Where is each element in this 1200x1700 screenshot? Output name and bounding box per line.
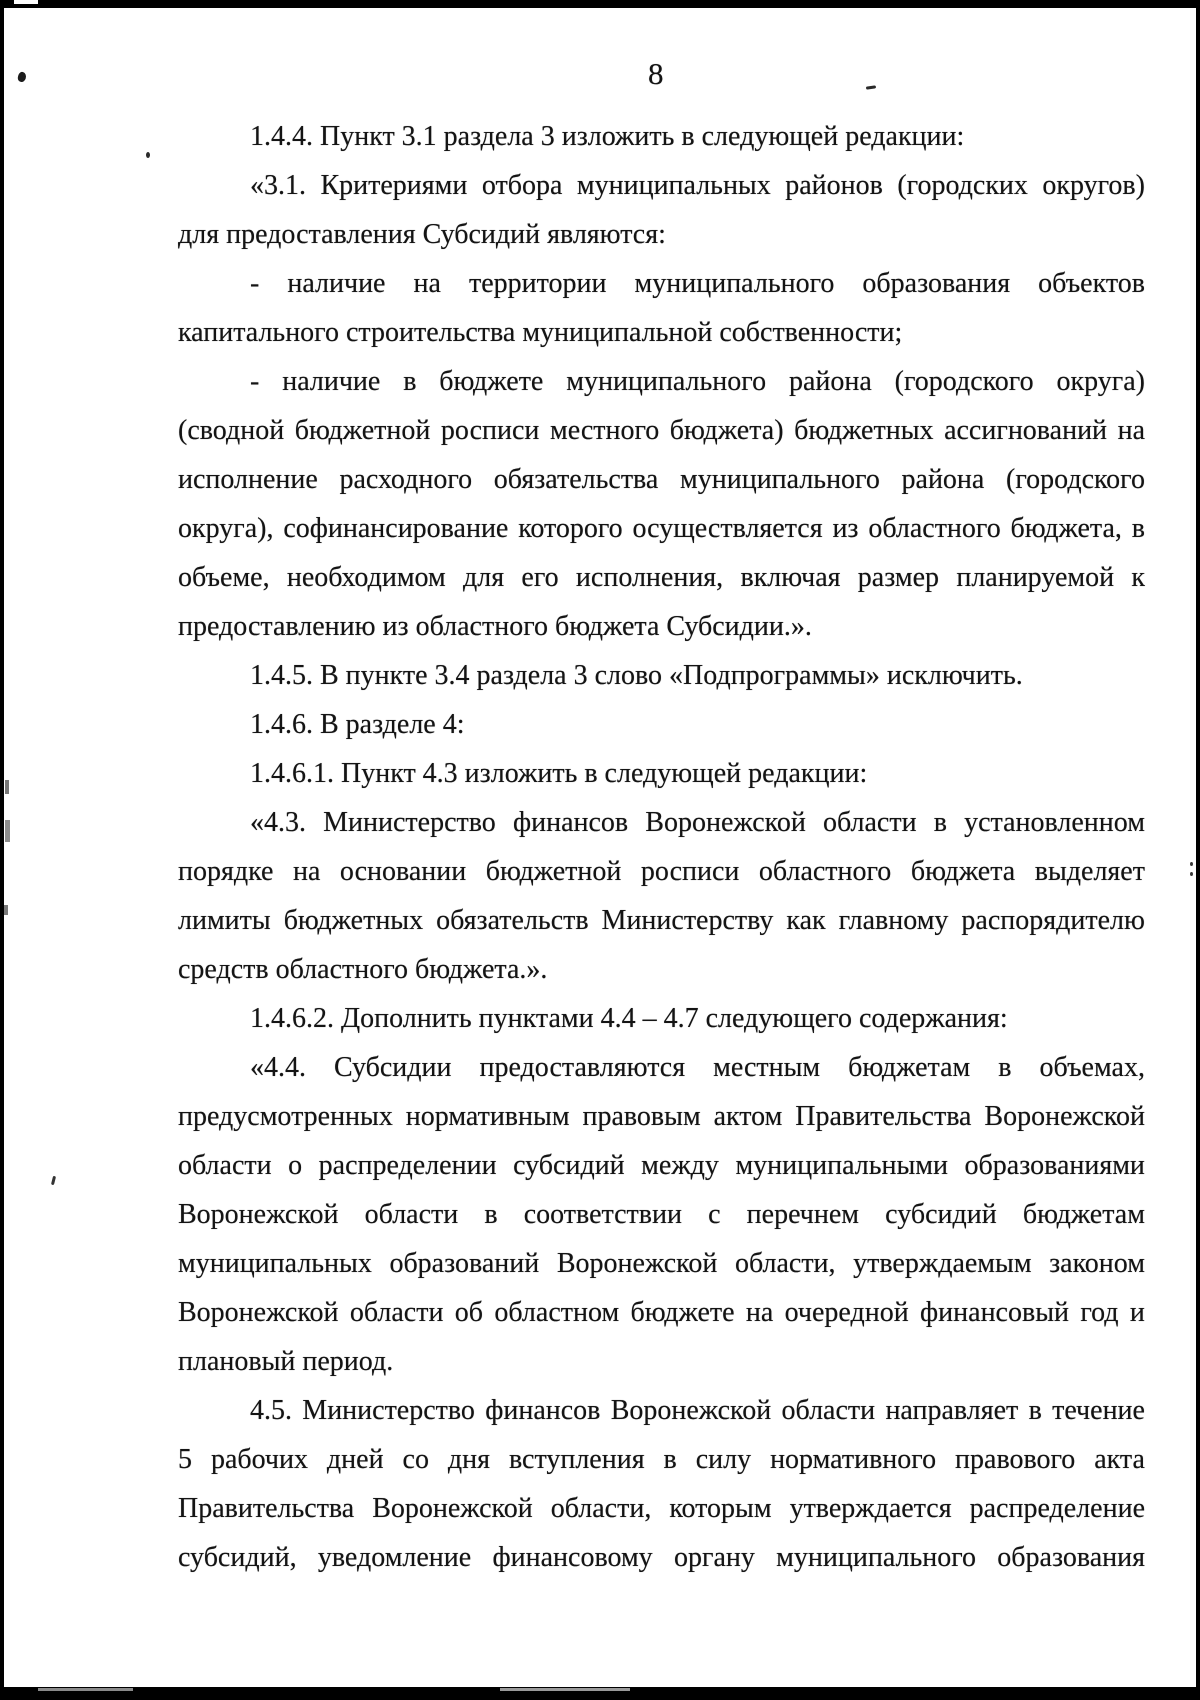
document-line: объеме,необходимомдляегоисполнения,включ… [178, 553, 1145, 602]
document-word: муниципальными [735, 1141, 948, 1190]
document-word: на [1118, 406, 1145, 455]
document-word: из [832, 504, 858, 553]
document-word: бюджетных [284, 896, 423, 945]
document-word: объемах, [1040, 1043, 1145, 1092]
document-word: в [664, 1435, 677, 1484]
document-word: направляет [885, 1386, 1018, 1435]
document-word: которого [518, 504, 622, 553]
document-word: в [934, 798, 947, 847]
document-word: Министерство [323, 798, 496, 847]
document-word: Критериями [320, 161, 467, 210]
document-word: округов) [1042, 161, 1145, 210]
document-line: (своднойбюджетнойросписиместногобюджета)… [178, 406, 1145, 455]
document-line: 1.4.6.2. Дополнить пунктами 4.4 – 4.7 сл… [178, 994, 1145, 1043]
document-word: в [484, 1190, 497, 1239]
document-word: 5 [178, 1435, 192, 1484]
scan-artifact [51, 1176, 56, 1185]
document-word: местного [550, 406, 659, 455]
scan-edge-left [0, 0, 4, 1700]
document-word: утверждаемым [853, 1239, 1031, 1288]
scan-artifact [1190, 872, 1193, 876]
document-word: области, [735, 1239, 836, 1288]
document-word: распределение [970, 1484, 1145, 1533]
document-word: образования [862, 259, 1010, 308]
document-word: объектов [1038, 259, 1145, 308]
document-word: в [1029, 1386, 1042, 1435]
document-line: 1.4.6.1. Пункт 4.3 изложить в следующей … [178, 749, 1145, 798]
document-word: бюджета [911, 847, 1015, 896]
document-word: образования [997, 1533, 1145, 1582]
document-word: об [455, 1288, 483, 1337]
document-word: «4.3. [250, 798, 306, 847]
document-word: как [786, 896, 825, 945]
document-word: течение [1052, 1386, 1145, 1435]
document-word: включая [740, 553, 840, 602]
document-word: установленном [964, 798, 1145, 847]
document-word: Министерство [302, 1386, 475, 1435]
scan-artifact [1190, 862, 1193, 866]
document-word: области [823, 798, 917, 847]
document-word: объеме, [178, 553, 270, 602]
document-word: между [641, 1141, 719, 1190]
document-word: предусмотренных [178, 1092, 393, 1141]
document-word: Воронежской [611, 1386, 772, 1435]
document-line: -наличиенатерриториимуниципальногообразо… [178, 259, 1145, 308]
document-word: законом [1049, 1239, 1145, 1288]
document-word: бюджетам [848, 1043, 970, 1092]
document-word: и [1130, 1288, 1145, 1337]
document-line: средств областного бюджета.». [178, 945, 1145, 994]
document-word: уведомление [318, 1533, 471, 1582]
document-word: обязательства [494, 455, 659, 504]
document-word: Воронежской [372, 1484, 533, 1533]
document-word: размер [858, 553, 939, 602]
document-word: на [414, 259, 441, 308]
document-word: образований [389, 1239, 539, 1288]
document-line: «3.1.Критериямиотборамуниципальныхрайоно… [178, 161, 1145, 210]
document-word: соответствии [524, 1190, 682, 1239]
scan-artifact [866, 85, 876, 89]
document-word: в [403, 357, 416, 406]
document-word: органу [674, 1533, 755, 1582]
document-word: финансовый [920, 1288, 1069, 1337]
document-word: территории [469, 259, 606, 308]
document-line: предоставлению из областного бюджета Суб… [178, 602, 1145, 651]
document-word: в [998, 1043, 1011, 1092]
document-line: «4.4.Субсидиипредоставляютсяместнымбюдже… [178, 1043, 1145, 1092]
document-word: Субсидии [334, 1043, 451, 1092]
document-word: бюджете [439, 357, 543, 406]
document-word: муниципального [680, 455, 880, 504]
document-word: муниципального [566, 357, 766, 406]
document-line: 1.4.6. В разделе 4: [178, 700, 1145, 749]
document-word: для [463, 553, 504, 602]
document-word: бюджетам [1023, 1190, 1145, 1239]
document-word: исполнение [178, 455, 318, 504]
scanned-document-page: 8 1.4.4. Пункт 3.1 раздела 3 изложить в … [0, 0, 1200, 1700]
document-line: порядкенаоснованиибюджетнойросписиобласт… [178, 847, 1145, 896]
document-word: распорядителю [961, 896, 1145, 945]
document-line: Воронежскойобластиобобластномбюджетенаоч… [178, 1288, 1145, 1337]
document-word: на [746, 1288, 773, 1337]
document-word: рабочих [211, 1435, 308, 1484]
document-word: порядке [178, 847, 273, 896]
document-word: дня [448, 1435, 490, 1484]
document-word: дней [327, 1435, 384, 1484]
document-word: расходного [339, 455, 472, 504]
document-word: - [250, 259, 259, 308]
scan-artifact [146, 152, 150, 158]
document-word: Воронежской [178, 1190, 339, 1239]
document-line: для предоставления Субсидий являются: [178, 210, 1145, 259]
document-word: которым [669, 1484, 771, 1533]
document-word: утверждается [790, 1484, 952, 1533]
scan-artifact [5, 820, 10, 842]
document-word: бюджетной [486, 847, 622, 896]
document-word: местным [713, 1043, 820, 1092]
document-word: актом [714, 1092, 783, 1141]
document-word: областного [759, 847, 891, 896]
scan-artifact [5, 780, 9, 794]
document-word: Министерству [602, 896, 774, 945]
document-word: бюджете [631, 1288, 735, 1337]
document-word: района [902, 455, 985, 504]
document-line: капитального строительства муниципальной… [178, 308, 1145, 357]
document-line: предусмотренныхнормативнымправовымактомП… [178, 1092, 1145, 1141]
document-word: выделяет [1035, 847, 1145, 896]
document-word: муниципального [776, 1533, 976, 1582]
document-word: - [250, 357, 259, 406]
document-word: субсидий, [178, 1533, 297, 1582]
document-word: росписи [441, 406, 540, 455]
document-word: области, [551, 1484, 652, 1533]
document-word: осуществляется [632, 504, 822, 553]
document-word: лимиты [178, 896, 271, 945]
document-word: правовым [582, 1092, 700, 1141]
document-word: (городских [897, 161, 1028, 210]
document-word: бюджетных [794, 406, 933, 455]
document-word: очередной [785, 1288, 909, 1337]
document-word: нормативного [770, 1435, 936, 1484]
document-line: областиораспределениисубсидиймеждумуници… [178, 1141, 1145, 1190]
scan-edge-right [1196, 0, 1200, 1700]
document-word: областного [868, 504, 1000, 553]
document-word: с [708, 1190, 720, 1239]
scan-edge-top [0, 0, 1200, 8]
document-word: области [178, 1141, 272, 1190]
document-word: планируемой [956, 553, 1114, 602]
document-word: области [365, 1190, 459, 1239]
document-word: наличие [287, 259, 385, 308]
document-text-block: 1.4.4. Пункт 3.1 раздела 3 изложить в сл… [178, 112, 1145, 1582]
document-word: основании [340, 847, 466, 896]
document-word: распределении [319, 1141, 497, 1190]
document-word: субсидий [513, 1141, 625, 1190]
document-word: Воронежской [178, 1288, 339, 1337]
document-word: области [782, 1386, 876, 1435]
document-word: обязательств [436, 896, 588, 945]
document-word: предоставляются [480, 1043, 686, 1092]
document-line: 5рабочихднейсоднявступлениявсилунорматив… [178, 1435, 1145, 1484]
document-word: о [288, 1141, 302, 1190]
document-word: вступления [509, 1435, 645, 1484]
document-line: субсидий,уведомлениефинансовомуорганумун… [178, 1533, 1145, 1582]
document-word: росписи [641, 847, 740, 896]
document-word: софинансирование [283, 504, 508, 553]
document-word: образованиями [965, 1141, 1145, 1190]
scan-artifact [4, 905, 8, 915]
document-word: главному [839, 896, 949, 945]
document-word: «4.4. [250, 1043, 306, 1092]
document-word: Воронежской [557, 1239, 718, 1288]
document-word: со [403, 1435, 429, 1484]
document-word: муниципальных [577, 161, 771, 210]
document-line: лимитыбюджетныхобязательствМинистерствук… [178, 896, 1145, 945]
document-line: 1.4.5. В пункте 3.4 раздела 3 слово «Под… [178, 651, 1145, 700]
document-line: 4.5.МинистерствофинансовВоронежскойоблас… [178, 1386, 1145, 1435]
document-word: районов [785, 161, 883, 210]
document-word: «3.1. [250, 161, 306, 210]
document-word: к [1131, 553, 1145, 602]
document-word: необходимом [287, 553, 446, 602]
document-line: Воронежскойобластивсоответствиисперечнем… [178, 1190, 1145, 1239]
document-line: -наличиевбюджетемуниципальногорайона(гор… [178, 357, 1145, 406]
document-line: муниципальныхобразованийВоронежскойоблас… [178, 1239, 1145, 1288]
document-word: исполнения, [576, 553, 723, 602]
document-word: Правительства [795, 1092, 971, 1141]
document-word: наличие [282, 357, 380, 406]
document-line: «4.3.МинистерствофинансовВоронежскойобла… [178, 798, 1145, 847]
document-word: области [350, 1288, 444, 1337]
document-word: муниципальных [178, 1239, 372, 1288]
scan-edge-bottom [0, 1687, 1200, 1700]
document-word: год [1080, 1288, 1118, 1337]
document-word: финансов [485, 1386, 600, 1435]
document-word: в [1132, 504, 1145, 553]
document-word: бюджета, [1011, 504, 1122, 553]
document-word: субсидий [885, 1190, 997, 1239]
document-word: нормативным [406, 1092, 570, 1141]
document-word: на [293, 847, 320, 896]
document-line: ПравительстваВоронежскойобласти,которыму… [178, 1484, 1145, 1533]
document-word: областном [494, 1288, 619, 1337]
document-line: плановый период. [178, 1337, 1145, 1386]
document-word: финансов [513, 798, 628, 847]
document-line: 1.4.4. Пункт 3.1 раздела 3 изложить в сл… [178, 112, 1145, 161]
document-word: Воронежской [984, 1092, 1145, 1141]
document-word: перечнем [747, 1190, 859, 1239]
document-word: округа) [1056, 357, 1144, 406]
scan-artifact [17, 71, 28, 83]
document-word: Правительства [178, 1484, 354, 1533]
document-word: бюджета) [670, 406, 784, 455]
document-word: (городского [1006, 455, 1145, 504]
document-word: ассигнований [944, 406, 1107, 455]
document-line: округа),софинансированиекоторогоосуществ… [178, 504, 1145, 553]
document-word: акта [1094, 1435, 1145, 1484]
document-word: (сводной [178, 406, 284, 455]
document-word: его [521, 553, 558, 602]
document-word: правового [955, 1435, 1075, 1484]
document-word: финансовому [493, 1533, 653, 1582]
document-word: Воронежской [645, 798, 806, 847]
document-word: отбора [482, 161, 563, 210]
document-word: (городского [895, 357, 1034, 406]
document-word: округа), [178, 504, 273, 553]
document-word: района [789, 357, 872, 406]
document-word: муниципального [635, 259, 835, 308]
document-word: силу [696, 1435, 751, 1484]
document-line: исполнениерасходногообязательствамуницип… [178, 455, 1145, 504]
page-number: 8 [648, 56, 664, 92]
document-word: бюджетной [295, 406, 431, 455]
document-word: 4.5. [250, 1386, 292, 1435]
